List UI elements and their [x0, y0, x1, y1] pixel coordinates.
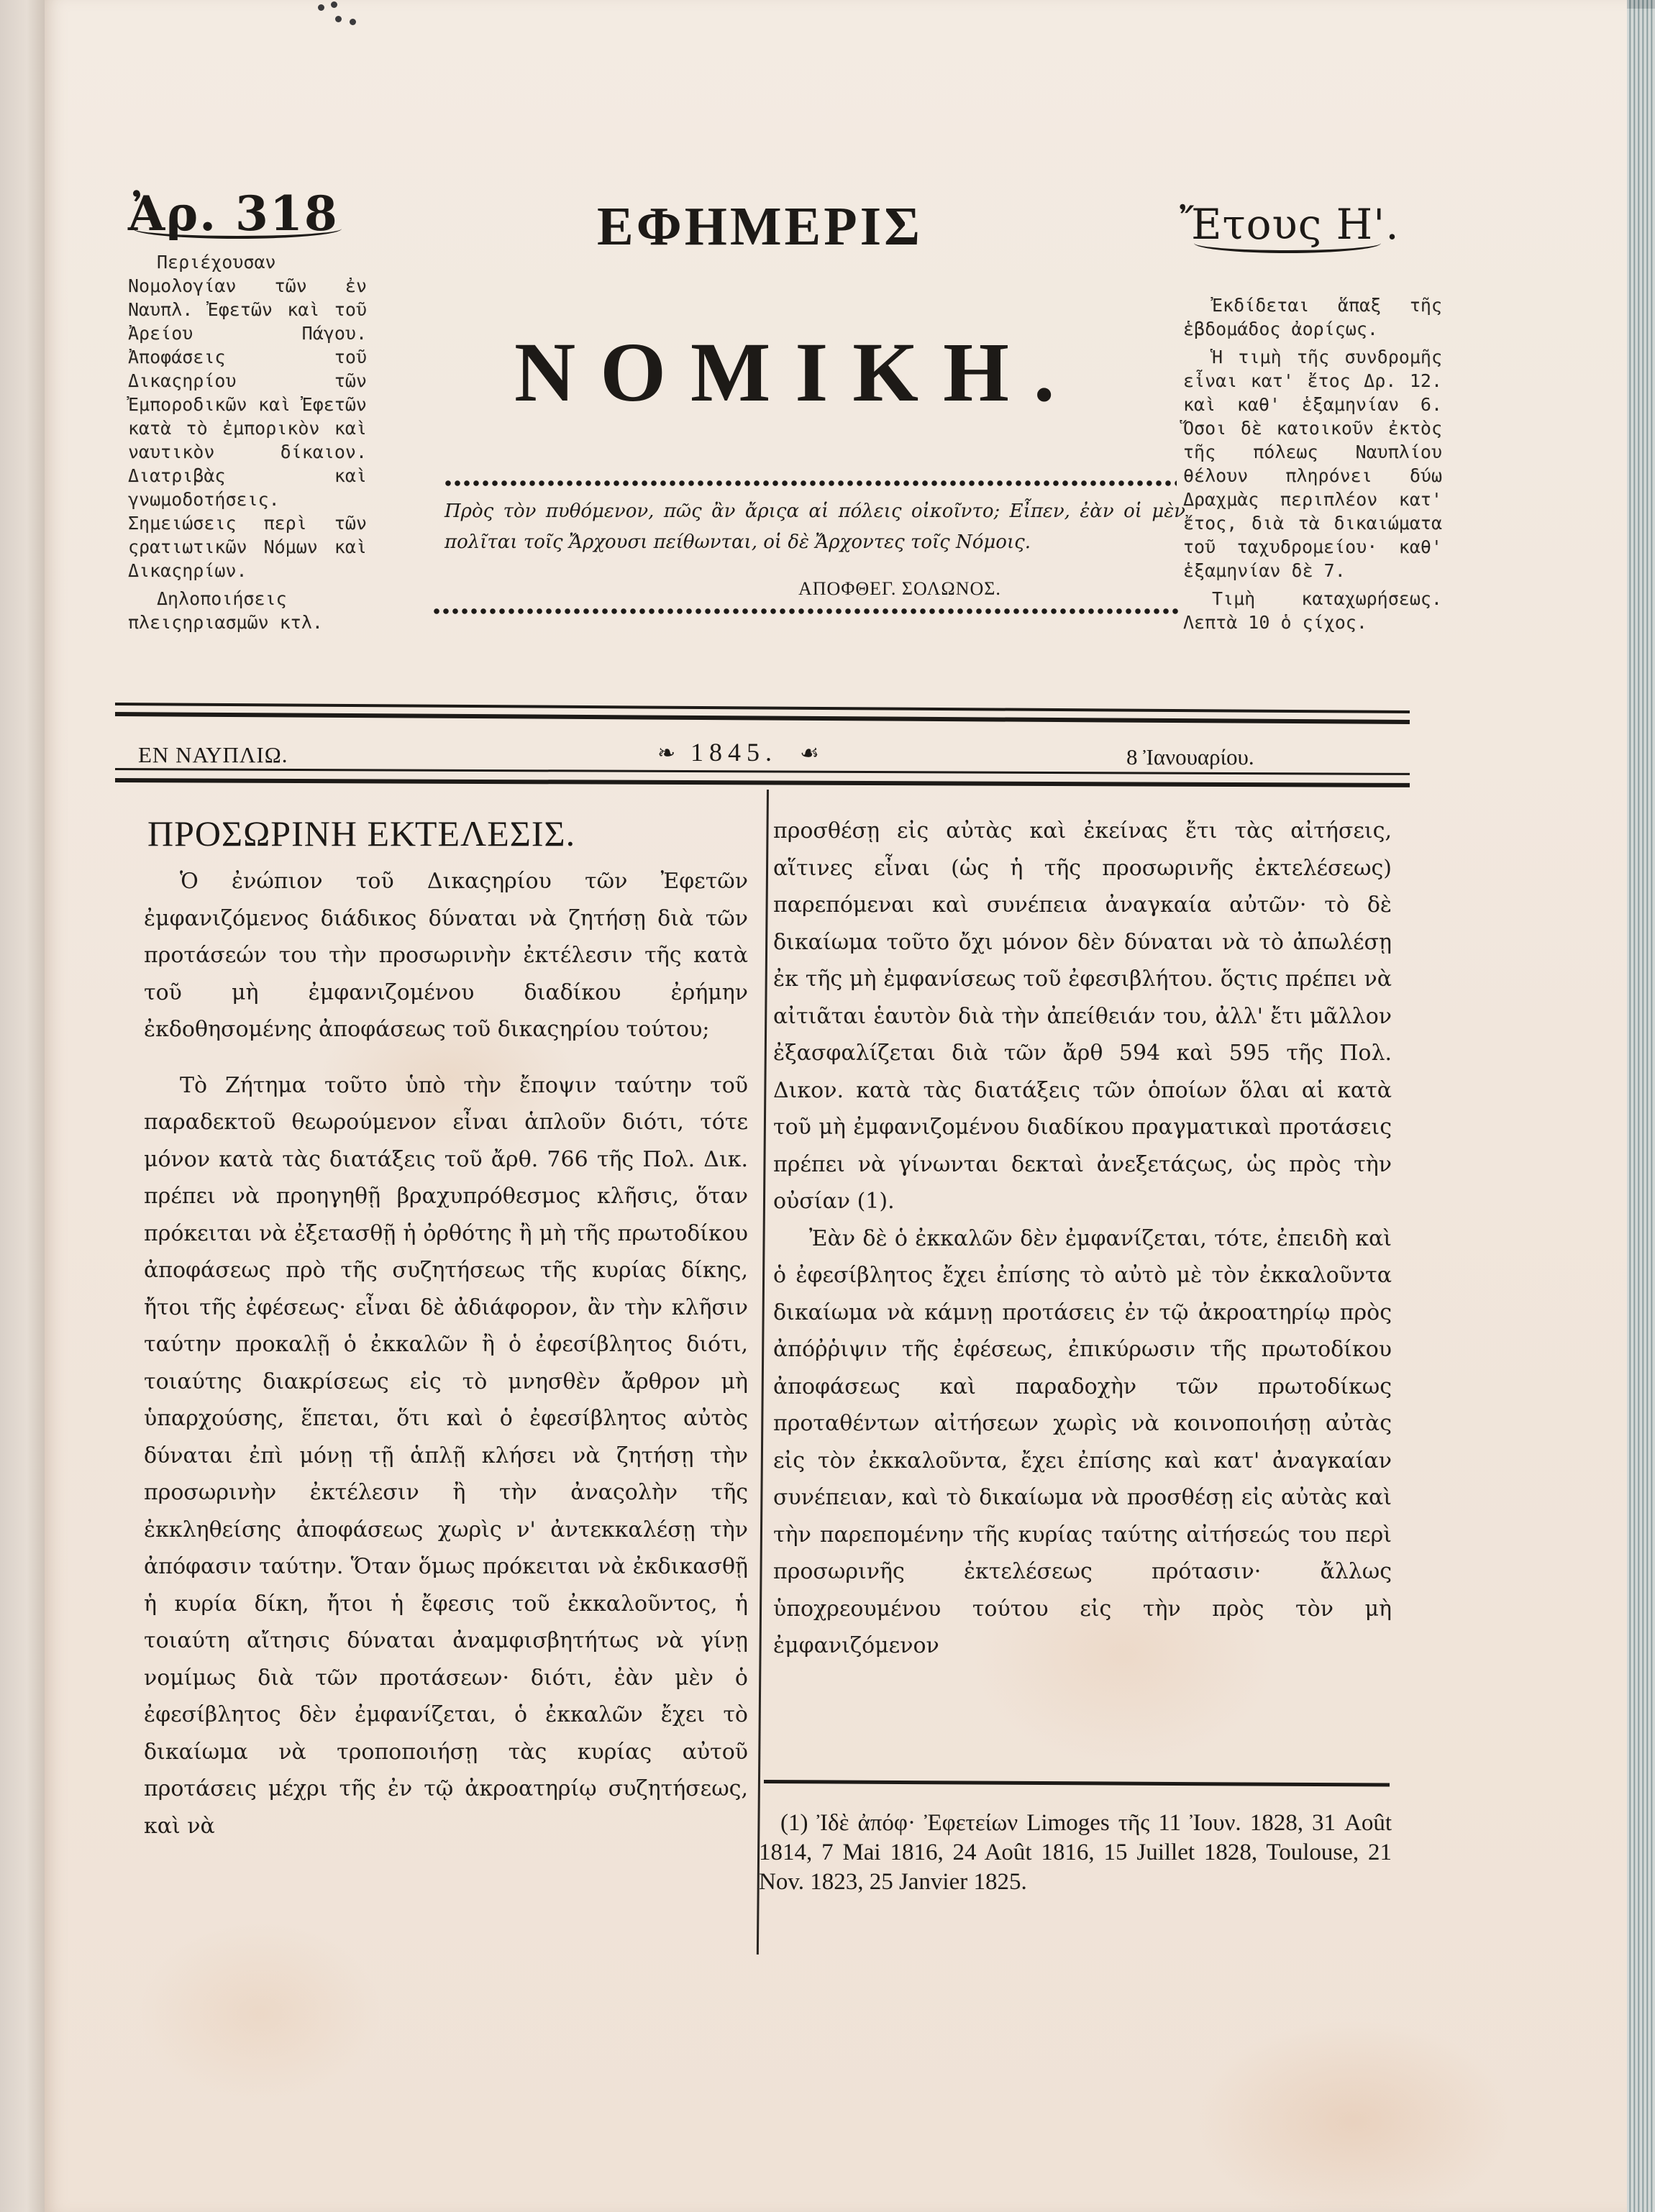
newspaper-title-top: ΕΦΗΜΕΡΙΣ [597, 196, 923, 258]
dotted-rule-top [444, 480, 1177, 487]
motto-quote: Πρὸς τὸν πυθόμενον, πῶς ἂν ἄριςα αἱ πόλε… [444, 496, 1185, 558]
book-binding-edge [0, 0, 45, 2212]
dateline-place: ΕΝ ΝΑΥΠΛΙΩ. [138, 742, 288, 768]
footnote-text: (1) Ἰδὲ ἀπόφ· Ἐφετείων Limoges τῆς 11 Ἰο… [759, 1809, 1392, 1897]
dateline-year: 1845. [690, 737, 778, 767]
contents-text: Περιέχουσαν Νομολογίαν τῶν ἐν Ναυπλ. Ἐφε… [128, 250, 367, 582]
article-headline: ΠΡΟΣΩΡΙΝΗ ΕΚΤΕΛΕΣΙΣ. [147, 813, 575, 854]
contents-text-notices: Δηλοποιήσεις πλειςηριασμῶν κτλ. [128, 587, 367, 634]
publication-year: Ἔτους Η'. [1180, 200, 1400, 249]
article-paragraph: Ἐὰν δὲ ὁ ἐκκαλῶν δὲν ἐμφανίζεται, τότε, … [773, 1220, 1392, 1665]
dotted-rule-bottom [433, 608, 1181, 615]
subscription-price: Ἡ τιμὴ τῆς συνδρομῆς εἶναι κατ' ἔτος Δρ.… [1183, 345, 1442, 582]
article-paragraph-continued: προσθέσῃ εἰς αὐτὰς καὶ ἐκείνας ἔτι τὰς α… [773, 813, 1392, 1220]
advertising-price: Τιμὴ καταχωρήσεως. Λεπτὰ 10 ὁ ςίχος. [1183, 587, 1442, 634]
article-paragraph: Τὸ Ζήτημα τοῦτο ὑπὸ τὴν ἔποψιν ταύτην το… [144, 1067, 748, 1845]
fleuron-left-icon: ❧ [657, 741, 675, 766]
page-stack-edges [1627, 0, 1655, 2212]
newspaper-title-main: ΝΟΜΙΚΗ. [514, 324, 1079, 421]
article-column-right: προσθέσῃ εἰς αὐτὰς καὶ ἐκείνας ἔτι τὰς α… [773, 813, 1392, 1665]
article-question: Ὁ ἐνώπιον τοῦ Δικαςηρίου τῶν Ἐφετῶν ἐμφα… [144, 863, 748, 1048]
contents-description: Περιέχουσαν Νομολογίαν τῶν ἐν Ναυπλ. Ἐφε… [128, 250, 367, 634]
dateline-date: 8 Ἰανουαρίου. [1126, 744, 1254, 770]
article-column-left: Ὁ ἐνώπιον τοῦ Δικαςηρίου τῶν Ἐφετῶν ἐμφα… [144, 863, 748, 1845]
ink-spots [304, 0, 375, 29]
fleuron-right-icon: ☙ [800, 741, 819, 766]
publication-frequency: Ἐκδίδεται ἅπαξ τῆς ἑβδομάδος ἀορίςως. [1183, 293, 1442, 341]
motto-attribution: ΑΠΟΦΘΕΓ. ΣΟΛΩΝΟΣ. [798, 578, 1001, 600]
subscription-info: Ἐκδίδεται ἅπαξ τῆς ἑβδομάδος ἀορίςως. Ἡ … [1183, 293, 1442, 634]
footnote: (1) Ἰδὲ ἀπόφ· Ἐφετείων Limoges τῆς 11 Ἰο… [759, 1809, 1392, 1897]
